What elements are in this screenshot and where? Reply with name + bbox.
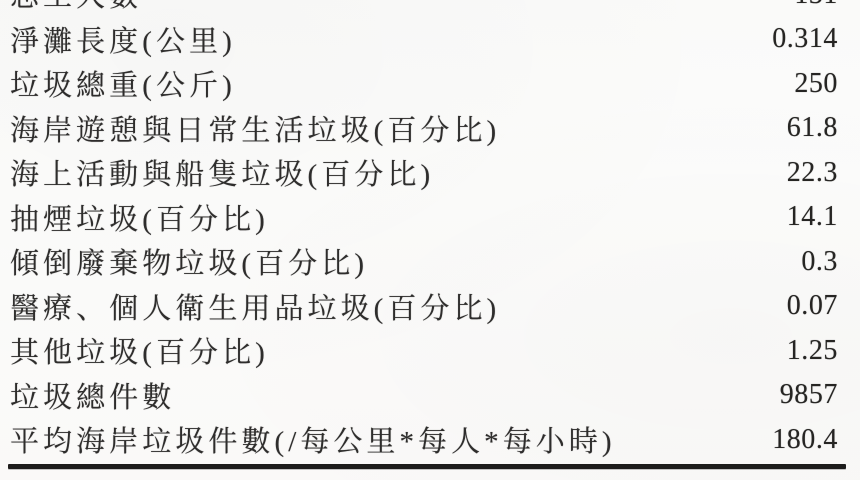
table-row: 志工人數 131 [0, 0, 860, 17]
row-label: 其他垃圾(百分比) [10, 330, 269, 371]
row-label: 淨灘長度(公里) [10, 19, 236, 60]
row-value: 0.07 [787, 290, 838, 322]
table-row: 淨灘長度(公里) 0.314 [0, 17, 860, 62]
table-row: 垃圾總重(公斤) 250 [0, 61, 860, 106]
row-value: 0.314 [772, 23, 838, 55]
row-label: 垃圾總重(公斤) [10, 63, 236, 104]
row-value: 131 [794, 0, 838, 11]
row-value: 250 [794, 68, 838, 100]
row-value: 1.25 [787, 335, 838, 367]
row-value: 61.8 [787, 112, 838, 144]
table-row: 其他垃圾(百分比) 1.25 [0, 328, 860, 373]
row-value: 9857 [780, 379, 838, 411]
row-label: 海岸遊憩與日常生活垃圾(百分比) [10, 108, 500, 149]
row-label: 垃圾總件數 [10, 375, 175, 416]
row-value: 14.1 [787, 201, 838, 233]
scanned-document-page: 志工人數 131 淨灘長度(公里) 0.314 垃圾總重(公斤) 250 海岸遊… [0, 0, 860, 480]
row-label: 海上活動與船隻垃圾(百分比) [10, 152, 434, 193]
table-row: 垃圾總件數 9857 [0, 373, 860, 418]
table-row: 醫療、個人衛生用品垃圾(百分比) 0.07 [0, 284, 860, 329]
row-value: 22.3 [787, 157, 838, 189]
row-label: 抽煙垃圾(百分比) [10, 197, 269, 238]
table-row: 海岸遊憩與日常生活垃圾(百分比) 61.8 [0, 106, 860, 151]
row-label: 平均海岸垃圾件數(/每公里*每人*每小時) [10, 419, 616, 460]
row-label: 傾倒廢棄物垃圾(百分比) [10, 241, 368, 282]
table-bottom-rule [8, 464, 846, 469]
table-row: 傾倒廢棄物垃圾(百分比) 0.3 [0, 239, 860, 284]
table-row: 抽煙垃圾(百分比) 14.1 [0, 195, 860, 240]
row-value: 180.4 [772, 424, 838, 456]
row-value: 0.3 [801, 246, 838, 278]
row-label: 志工人數 [10, 0, 142, 15]
table-row: 海上活動與船隻垃圾(百分比) 22.3 [0, 150, 860, 195]
table-row: 平均海岸垃圾件數(/每公里*每人*每小時) 180.4 [0, 417, 860, 462]
row-label: 醫療、個人衛生用品垃圾(百分比) [10, 286, 500, 327]
beach-cleanup-statistics-table: 志工人數 131 淨灘長度(公里) 0.314 垃圾總重(公斤) 250 海岸遊… [0, 0, 860, 469]
